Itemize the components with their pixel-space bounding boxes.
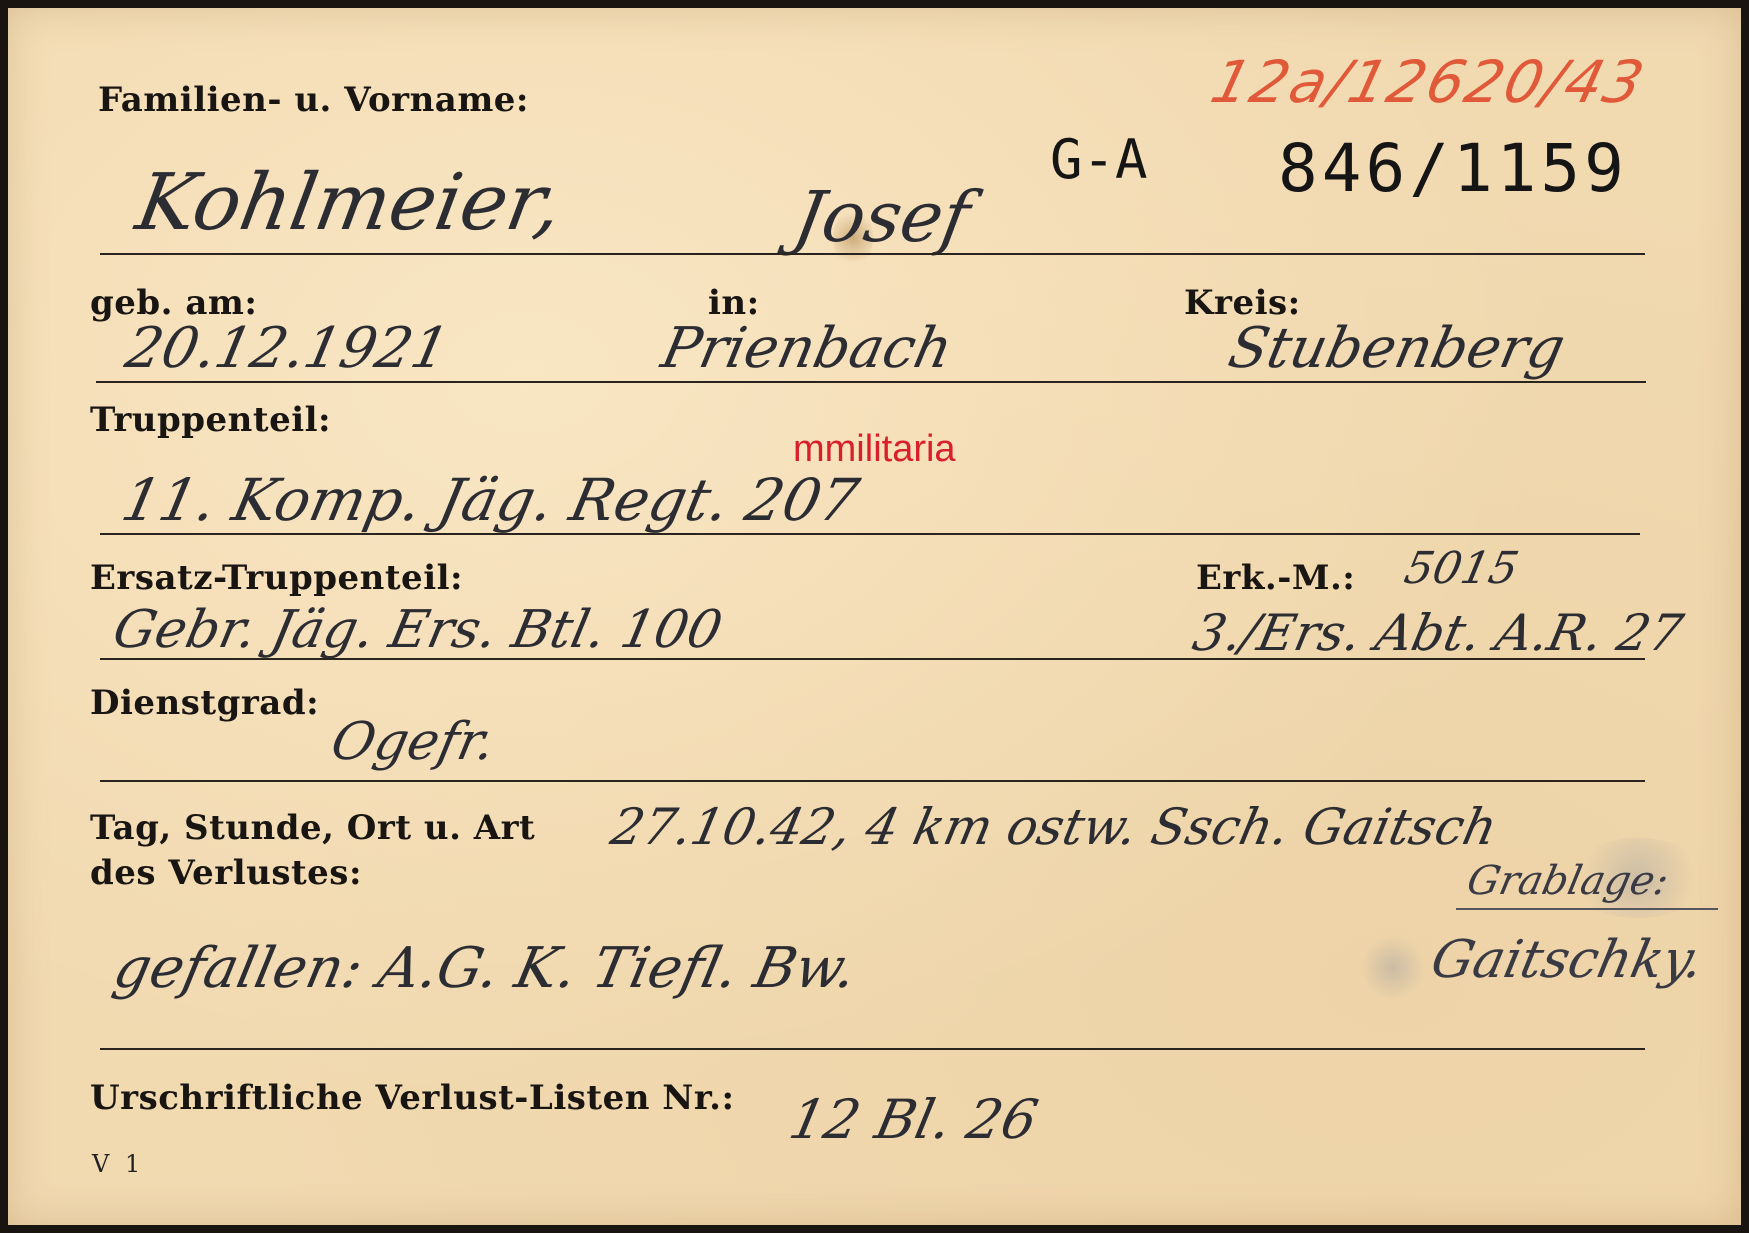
reference-stamp-red: 12a/12620/43 bbox=[1205, 48, 1653, 116]
casualty-index-card: 12a/12620/43 G-A 846/1159 Familien- u. V… bbox=[8, 8, 1741, 1225]
unit-value: 11. Komp. Jäg. Regt. 207 bbox=[116, 466, 865, 534]
unit-label: Truppenteil: bbox=[90, 400, 331, 440]
replacement-unit-label: Ersatz-Truppenteil: bbox=[90, 558, 463, 598]
rank-label: Dienstgrad: bbox=[90, 683, 319, 723]
watermark: mmilitaria bbox=[793, 428, 956, 471]
id-tag-value: 5015 bbox=[1400, 543, 1523, 594]
typed-number: 846/1159 bbox=[1278, 130, 1628, 207]
birth-place-value: Prienbach bbox=[656, 316, 958, 381]
divider-line bbox=[96, 381, 1646, 383]
loss-list-label: Urschriftliche Verlust-Listen Nr.: bbox=[90, 1078, 735, 1118]
id-tag-unit-value: 3./Ers. Abt. A.R. 27 bbox=[1188, 604, 1688, 662]
loss-label-line2: des Verlustes: bbox=[90, 853, 362, 893]
replacement-unit-value: Gebr. Jäg. Ers. Btl. 100 bbox=[108, 600, 727, 660]
loss-value-line2: gefallen: A.G. K. Tiefl. Bw. bbox=[108, 936, 862, 1001]
typed-prefix: G-A bbox=[1050, 128, 1148, 191]
given-name-value: Josef bbox=[788, 176, 976, 258]
grave-label: Grablage: bbox=[1463, 858, 1673, 904]
rank-value: Ogefr. bbox=[326, 712, 500, 772]
divider-line bbox=[100, 780, 1645, 782]
loss-value-line1: 27.10.42, 4 km ostw. Ssch. Gaitsch bbox=[606, 798, 1502, 856]
grave-value: Gaitschky. bbox=[1426, 930, 1709, 990]
name-label: Familien- u. Vorname: bbox=[98, 80, 529, 120]
grave-underline bbox=[1456, 908, 1718, 910]
birth-date-value: 20.12.1921 bbox=[120, 316, 454, 381]
surname-value: Kohlmeier, bbox=[130, 158, 569, 248]
divider-line bbox=[100, 533, 1640, 535]
form-code: V 1 bbox=[92, 1150, 144, 1178]
divider-line bbox=[100, 253, 1645, 255]
district-value: Stubenberg bbox=[1223, 316, 1570, 381]
pencil-smudge bbox=[1363, 933, 1423, 1003]
divider-line bbox=[100, 1048, 1645, 1050]
loss-list-value: 12 Bl. 26 bbox=[784, 1088, 1043, 1151]
divider-line bbox=[100, 658, 1645, 660]
loss-label-line1: Tag, Stunde, Ort u. Art bbox=[90, 808, 535, 848]
id-tag-label: Erk.-M.: bbox=[1196, 558, 1355, 598]
